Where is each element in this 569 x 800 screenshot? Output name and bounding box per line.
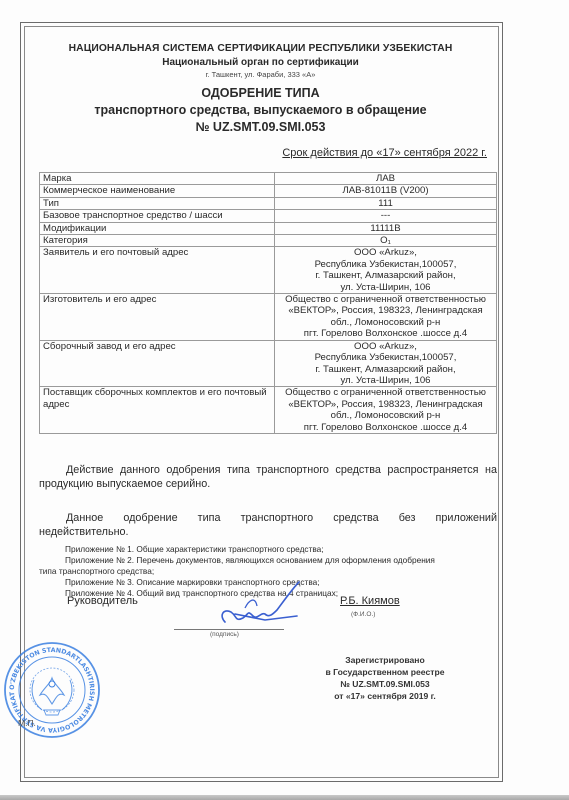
registration-date: от «17» сентября 2019 г. [310, 690, 460, 702]
spec-value: 11111В [275, 222, 497, 234]
spec-value: ЛАВ [275, 173, 497, 185]
handwritten-signature-icon [205, 580, 305, 630]
signatory-role: Руководитель [67, 595, 138, 607]
spec-row: Модификации11111В [40, 222, 497, 234]
official-seal-icon: O'ZBEKISTON STANDARTLASHTIRISH METROLOGI… [2, 640, 102, 740]
spec-value: ЛАВ-81011В (V200) [275, 185, 497, 197]
spec-value-line: «ВЕКТОР», Россия, 198323, Ленинградская [278, 399, 493, 410]
spec-row: Заявитель и его почтовый адресООО «Arkuz… [40, 247, 497, 294]
spec-row: Тип111 [40, 197, 497, 209]
spec-value-line: пгт. Горелово Волхонское .шоссе д.4 [278, 422, 493, 433]
spec-value-line: г. Ташкент, Алмазарский район, [278, 364, 493, 375]
spec-key: Марка [40, 173, 275, 185]
registration-line: в Государственном реестре [310, 666, 460, 678]
spec-value: Общество с ограниченной ответственностью… [275, 294, 497, 341]
spec-value-line: ЛАВ [278, 173, 493, 184]
signature-line [174, 629, 284, 630]
spec-value-line: Республика Узбекистан,100057, [278, 259, 493, 270]
spec-value-line: Республика Узбекистан,100057, [278, 352, 493, 363]
spec-value-line: обл., Ломоносовский р-н [278, 410, 493, 421]
document-title: ОДОБРЕНИЕ ТИПА [24, 86, 497, 100]
spec-key: Изготовитель и его адрес [40, 294, 275, 341]
annex-item-continuation: типа транспортного средства; [39, 566, 497, 577]
spec-value: ООО «Arkuz»,Республика Узбекистан,100057… [275, 340, 497, 387]
spec-key: Сборочный завод и его адрес [40, 340, 275, 387]
spec-row: Коммерческое наименованиеЛАВ-81011В (V20… [40, 185, 497, 197]
spec-row: КатегорияO₁ [40, 235, 497, 247]
spec-value-line: г. Ташкент, Алмазарский район, [278, 270, 493, 281]
validity-note-line: Данное одобрение типа транспортного сред… [39, 511, 497, 525]
registration-number: № UZ.SMT.09.SMI.053 [310, 678, 460, 690]
spec-value-line: ООО «Arkuz», [278, 247, 493, 258]
validity-note-paragraph: Данное одобрение типа транспортного сред… [39, 511, 497, 539]
scan-edge [0, 795, 569, 800]
annex-item: Приложение № 1. Общие характеристики тра… [39, 544, 497, 555]
spec-value: O₁ [275, 235, 497, 247]
specification-table: МаркаЛАВКоммерческое наименованиеЛАВ-810… [39, 172, 497, 434]
spec-key: Модификации [40, 222, 275, 234]
document-subtitle: транспортного средства, выпускаемого в о… [24, 103, 497, 117]
spec-value-line: ООО «Arkuz», [278, 341, 493, 352]
seal-place-label: М.П. [18, 718, 36, 728]
spec-value-line: ул. Уста-Ширин, 106 [278, 375, 493, 386]
authority-address: г. Ташкент, ул. Фараби, 333 «А» [24, 70, 497, 79]
spec-value-line: --- [278, 210, 493, 221]
spec-value: --- [275, 210, 497, 222]
spec-value: Общество с ограниченной ответственностью… [275, 387, 497, 434]
spec-key: Категория [40, 235, 275, 247]
registration-block: Зарегистрировано в Государственном реест… [310, 654, 460, 702]
spec-row: Поставщик сборочных комплектов и его поч… [40, 387, 497, 434]
spec-value: ООО «Arkuz»,Республика Узбекистан,100057… [275, 247, 497, 294]
annex-item: Приложение № 2. Перечень документов, явл… [39, 555, 497, 566]
signature-caption: (подпись) [210, 631, 239, 638]
validity-date: Срок действия до «17» сентября 2022 г. [282, 147, 487, 159]
spec-value-line: «ВЕКТОР», Россия, 198323, Ленинградская [278, 305, 493, 316]
signatory-name: Р.Б. Киямов [340, 595, 400, 607]
spec-key: Тип [40, 197, 275, 209]
document-number: № UZ.SMT.09.SMI.053 [24, 120, 497, 134]
name-caption: (Ф.И.О.) [351, 611, 375, 618]
spec-value-line: пгт. Горелово Волхонское .шоссе д.4 [278, 328, 493, 339]
spec-value-line: ЛАВ-81011В (V200) [278, 185, 493, 196]
spec-value-line: 11111В [278, 223, 493, 234]
spec-value: 111 [275, 197, 497, 209]
spec-row: Сборочный завод и его адресООО «Arkuz»,Р… [40, 340, 497, 387]
organization-name: НАЦИОНАЛЬНАЯ СИСТЕМА СЕРТИФИКАЦИИ РЕСПУБ… [24, 43, 497, 54]
spec-row: МаркаЛАВ [40, 173, 497, 185]
spec-value-line: 111 [278, 198, 493, 209]
spec-value-line: ул. Уста-Ширин, 106 [278, 282, 493, 293]
authority-name: Национальный орган по сертификации [24, 57, 497, 68]
registration-line: Зарегистрировано [310, 654, 460, 666]
spec-row: Базовое транспортное средство / шасси--- [40, 210, 497, 222]
spec-value-line: Общество с ограниченной ответственностью [278, 387, 493, 398]
spec-value-line: O₁ [278, 235, 493, 246]
scope-paragraph: Действие данного одобрения типа транспор… [39, 463, 497, 491]
spec-value-line: Общество с ограниченной ответственностью [278, 294, 493, 305]
validity-note-line: недействительно. [39, 525, 497, 539]
spec-value-line: обл., Ломоносовский р-н [278, 317, 493, 328]
spec-key: Базовое транспортное средство / шасси [40, 210, 275, 222]
spec-key: Коммерческое наименование [40, 185, 275, 197]
spec-row: Изготовитель и его адресОбщество с огран… [40, 294, 497, 341]
spec-key: Заявитель и его почтовый адрес [40, 247, 275, 294]
spec-key: Поставщик сборочных комплектов и его поч… [40, 387, 275, 434]
